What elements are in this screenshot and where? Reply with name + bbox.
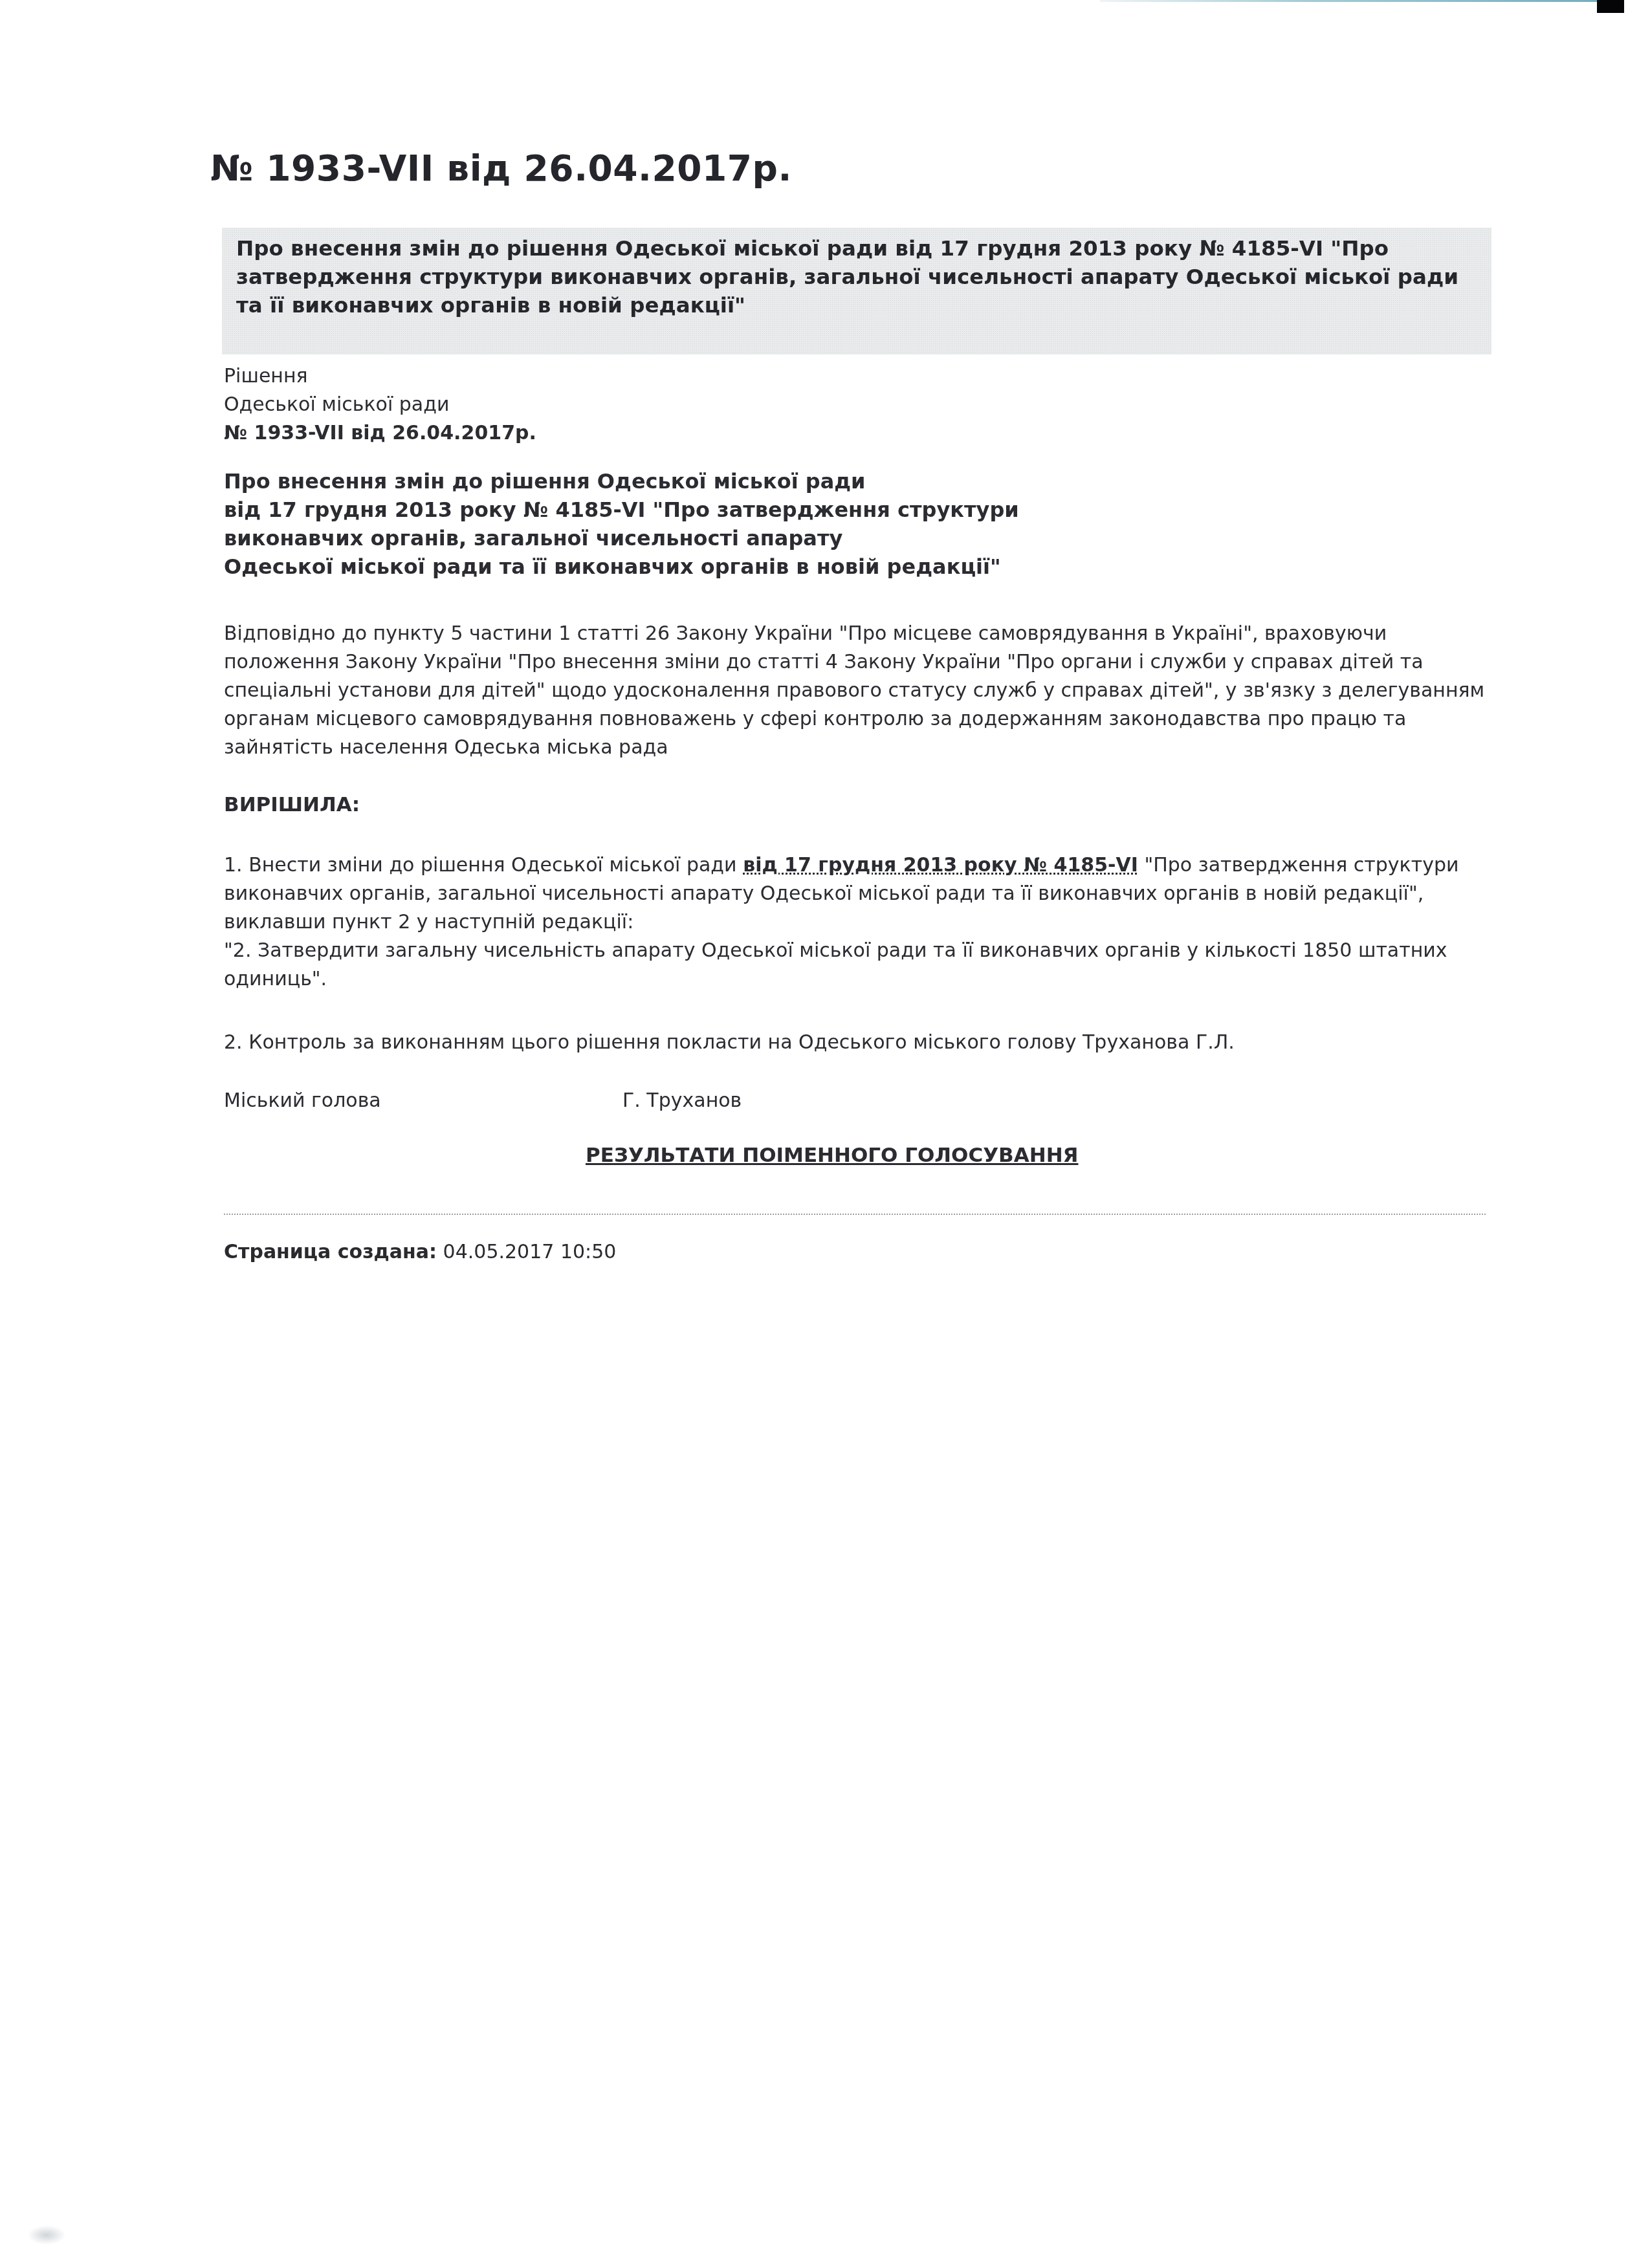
signature-role: Міський голова (224, 1087, 381, 1115)
document-title: № 1933-VII від 26.04.2017р. (210, 147, 792, 189)
decision-heading-line: від 17 грудня 2013 року № 4185-VI "Про з… (224, 496, 1486, 524)
scan-smudge (27, 2225, 66, 2245)
decision-label-line2: Одеської міської ради (224, 391, 1486, 419)
item1-prefix: 1. Внести зміни до рішення Одеської місь… (224, 854, 743, 877)
vote-results-link[interactable]: РЕЗУЛЬТАТИ ПОІМЕННОГО ГОЛОСУВАННЯ (586, 1144, 1078, 1167)
resolution-item-2: 2. Контроль за виконанням цього рішення … (224, 1029, 1486, 1057)
referenced-decision-link[interactable]: від 17 грудня 2013 року № 4185-VI (743, 854, 1138, 877)
decision-heading-line: Про внесення змін до рішення Одеської мі… (224, 467, 1486, 496)
preamble-paragraph: Відповідно до пункту 5 частини 1 статті … (224, 620, 1486, 762)
page-created-value: 04.05.2017 10:50 (443, 1241, 617, 1263)
summary-box: Про внесення змін до рішення Одеської мі… (222, 228, 1491, 354)
decision-heading-line: Одеської міської ради та її виконавчих о… (224, 552, 1486, 581)
decision-number: № 1933-VII від 26.04.2017р. (224, 419, 1486, 448)
page-created-footer: Страница создана: 04.05.2017 10:50 (224, 1238, 616, 1267)
summary-text: Про внесення змін до рішення Одеської мі… (236, 234, 1479, 320)
decision-label: Рішення Одеської міської ради № 1933-VII… (224, 362, 1486, 448)
decision-heading-line: виконавчих органів, загальної чисельност… (224, 524, 1486, 552)
item1-quote: "2. Затвердити загальну чисельність апар… (224, 939, 1447, 990)
scan-corner-mark (1597, 0, 1624, 13)
decision-heading: Про внесення змін до рішення Одеської мі… (224, 467, 1486, 581)
decision-label-line1: Рішення (224, 362, 1486, 391)
separator (224, 1214, 1486, 1215)
resolution-item-1: 1. Внести зміни до рішення Одеської місь… (224, 851, 1486, 994)
resolved-label: ВИРІШИЛА: (224, 791, 1486, 819)
signature-name: Г. Труханов (622, 1087, 742, 1115)
scan-edge-line (1100, 0, 1597, 2)
page-created-label: Страница создана: (224, 1241, 437, 1263)
